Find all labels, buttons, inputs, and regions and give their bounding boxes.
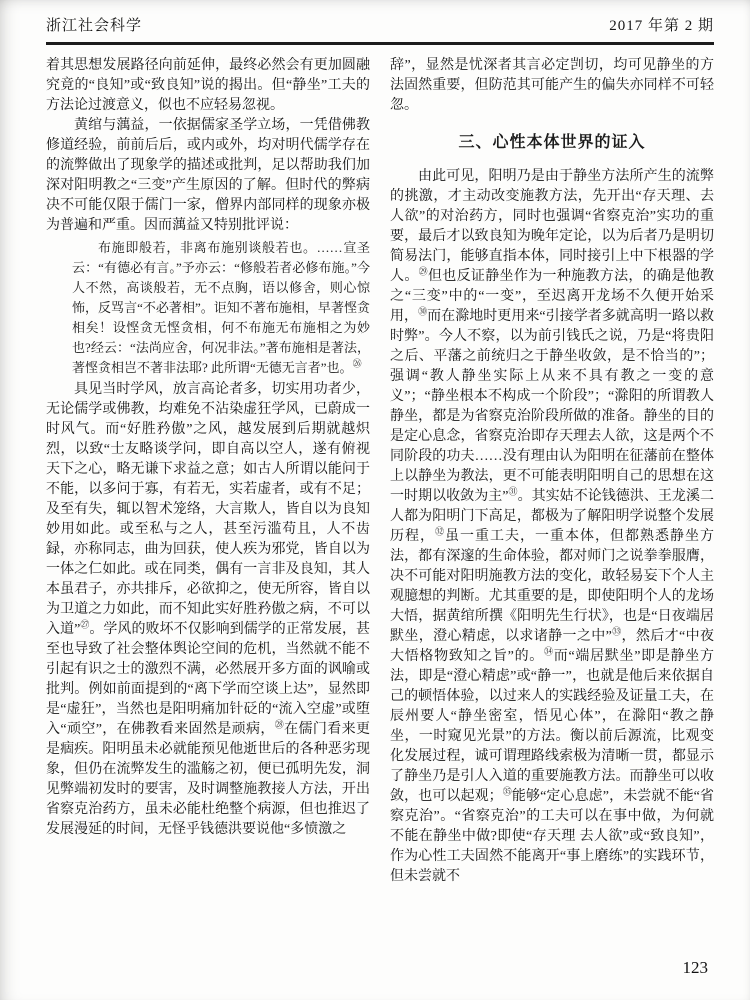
page-number: 123 — [683, 958, 709, 978]
paragraph: 着其思想发展路径向前延伸，最终必然会有更加圆融究竟的“良知”或“致良知”说的揭出… — [46, 56, 370, 116]
footnote-marker: ㉟ — [503, 786, 512, 796]
footnote-marker: ㉝ — [612, 626, 622, 636]
footnote-marker: ㉘ — [275, 719, 284, 729]
footnote-marker: ㉜ — [435, 526, 445, 536]
journal-page: 浙江社会科学 2017 年第 2 期 着其思想发展路径向前延伸，最终必然会有更加… — [0, 0, 750, 1000]
issue-label: 2017 年第 2 期 — [609, 14, 714, 35]
journal-name: 浙江社会科学 — [46, 14, 142, 35]
block-quote: 布施即般若，非离布施别谈般若也。……宣圣云：“有德必有言。”予亦云：“修般若者必… — [72, 238, 370, 378]
right-column: 辞”，显然是忧深者其言必定剀切，均可见静坐的方法固然重要，但防范其可能产生的偏失… — [390, 56, 714, 887]
footnote-marker: ㉙ — [419, 266, 428, 276]
footnote-marker: ㉞ — [544, 646, 554, 656]
paragraph: 辞”，显然是忧深者其言必定剀切，均可见静坐的方法固然重要，但防范其可能产生的偏失… — [390, 56, 714, 116]
footnote-marker: ㉗ — [80, 619, 89, 629]
paragraph: 由此可见，阳明乃是由于静坐方法所产生的流弊的挑激，才主动改变施教方法，先开出“存… — [390, 167, 714, 887]
left-column: 着其思想发展路径向前延伸，最终必然会有更加圆融究竟的“良知”或“致良知”说的揭出… — [46, 56, 370, 887]
paragraph: 黄绾与蕅益，一依据儒家圣学立场，一凭借佛教修道经验，前前后后，或内或外，均对明代… — [46, 116, 370, 236]
paragraph: 具见当时学风，放言高论者多，切实用功者少，无论儒学或佛教，均难免不沾染虚狂学风，… — [46, 380, 370, 840]
two-column-body: 着其思想发展路径向前延伸，最终必然会有更加圆融究竟的“良知”或“致良知”说的揭出… — [46, 56, 714, 887]
footnote-marker: ㉛ — [508, 486, 517, 496]
page-header: 浙江社会科学 2017 年第 2 期 — [46, 14, 714, 45]
footnote-marker: ㉖ — [353, 359, 362, 369]
footnote-marker: ㉚ — [418, 306, 427, 316]
section-heading: 三、心性本体世界的证入 — [390, 133, 714, 153]
